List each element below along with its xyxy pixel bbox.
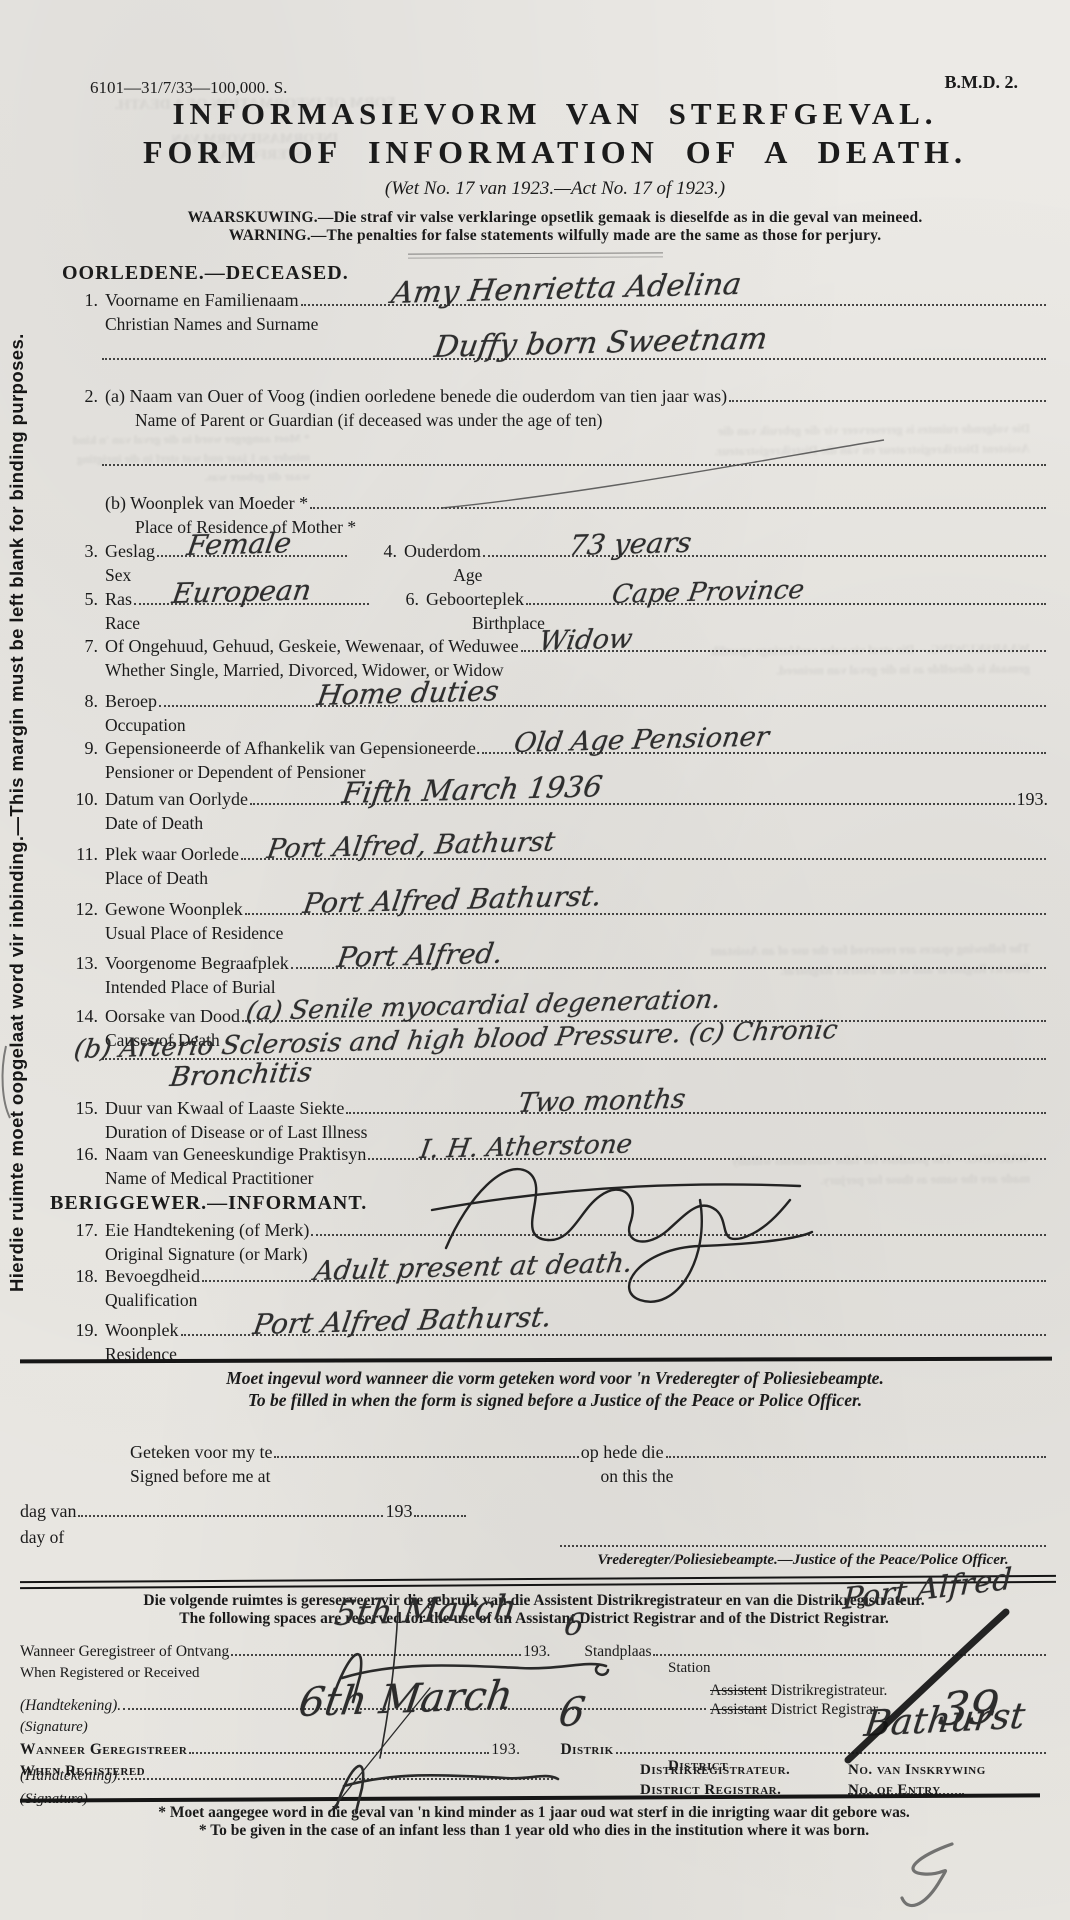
- asst-registrar-label-af: Assistent Distrikregistrateur.: [710, 1682, 887, 1700]
- on-this-label-af: op hede die: [581, 1442, 664, 1463]
- asst-registrar-label-en: Assistant District Registrar.: [710, 1701, 881, 1719]
- field-number: 7.: [62, 636, 105, 657]
- year-stub: 193.: [523, 1643, 550, 1661]
- dotted-line: Duffy born Sweetnam: [102, 340, 1046, 360]
- field-label-af: Oorsake van Dood: [105, 1006, 240, 1027]
- form-title-english: FORM OF INFORMATION OF A DEATH.: [62, 134, 1048, 171]
- field-number: 8.: [62, 691, 105, 712]
- dotted-line: [653, 1638, 1046, 1656]
- dotted-line: [189, 1736, 489, 1754]
- field-label-en: Date of Death: [105, 813, 1048, 834]
- warning-afrikaans: WAARSKUWING.—Die straf vir valse verklar…: [62, 209, 1048, 227]
- dotted-line: Port Alfred.: [291, 949, 1046, 969]
- handwritten-birthplace: Cape Province: [610, 575, 806, 610]
- field-number: 18.: [62, 1266, 105, 1287]
- station-label-af: Standplaas: [584, 1643, 651, 1661]
- jp-note-afrikaans: Moet ingevul word wanneer die vorm getek…: [62, 1368, 1048, 1389]
- field-row-2a-blank: [100, 446, 1048, 466]
- handwritten-residence: Port Alfred Bathurst.: [301, 879, 604, 920]
- divider-mark: [408, 252, 663, 258]
- day-of-label-af: dag van: [20, 1501, 76, 1522]
- signature-label-af: (Handtekening).: [20, 1697, 121, 1715]
- when-registered-received-label-en: When Registered or Received: [20, 1665, 1048, 1682]
- handwritten-cause-b2: Bronchitis: [168, 1057, 314, 1093]
- field-label-af: Geslag: [105, 541, 155, 562]
- field-label-en: Sex: [105, 565, 131, 586]
- field-label-en: Birthplace: [472, 613, 545, 634]
- handwritten-practitioner: I. H. Atherstone: [418, 1129, 634, 1165]
- handwritten-occupation: Home duties: [315, 674, 501, 712]
- field-label-af: Voorname en Familienaam: [105, 290, 299, 311]
- dotted-line: Adult present at death.: [202, 1262, 1046, 1282]
- field-number: 16.: [62, 1144, 105, 1165]
- signed-before-label-af: Geteken voor my te: [130, 1442, 272, 1463]
- year-stub: 193.: [1017, 789, 1049, 810]
- handwritten-informant-residence: Port Alfred Bathurst.: [251, 1300, 554, 1341]
- footnote-english: * To be given in the case of an infant l…: [20, 1822, 1048, 1840]
- field-label-af: Of Ongehuud, Gehuud, Geskeie, Wewenaar, …: [105, 636, 519, 657]
- label-rest: District Registrar.: [767, 1701, 881, 1718]
- dotted-line: [729, 382, 1046, 402]
- handwritten-duration: Two months: [516, 1084, 688, 1119]
- when-registered-label-af: Wanneer Geregistreer: [20, 1741, 187, 1759]
- act-reference: (Wet No. 17 van 1923.—Act No. 17 of 1923…: [62, 178, 1048, 200]
- dotted-line: [123, 1762, 553, 1780]
- field-label-af: Gepensioneerde of Afhankelik van Gepensi…: [105, 738, 480, 759]
- field-label-af: Datum van Oorlyde: [105, 789, 248, 810]
- year-stub: 193: [385, 1501, 412, 1522]
- field-number: 15.: [62, 1098, 105, 1119]
- on-this-label-en: on this the: [600, 1466, 673, 1487]
- signature-label-af: (Handtekening).: [20, 1767, 121, 1785]
- registrar-intro-en: The following spaces are reserved for th…: [20, 1610, 1048, 1628]
- field-number: 4.: [349, 541, 404, 562]
- dotted-line: (a) Senile myocardial degeneration.: [242, 1002, 1046, 1022]
- jp-day-of-row: dag van 193 day of: [20, 1497, 1048, 1548]
- field-label-af: Plek waar Oorlede: [105, 844, 239, 865]
- field-label-af: (b) Woonplek van Moeder *: [105, 493, 308, 514]
- field-number: 3.: [62, 541, 105, 562]
- field-number: 9.: [62, 738, 105, 759]
- field-label-en: Qualification: [105, 1290, 1048, 1311]
- dotted-line: (b) Arterio Sclerosis and high blood Pre…: [102, 1040, 1046, 1060]
- district-label-af: Distrik: [560, 1741, 613, 1759]
- dotted-line: Port Alfred Bathurst.: [181, 1316, 1046, 1336]
- label-rest: Distrikregistrateur.: [767, 1682, 888, 1699]
- field-row-14b: (b) Arterio Sclerosis and high blood Pre…: [100, 1040, 1048, 1060]
- field-number: 19.: [62, 1320, 105, 1341]
- dotted-line: Old Age Pensioner: [482, 734, 1046, 754]
- station-label-en: Station: [668, 1660, 711, 1677]
- dotted-line: European: [134, 585, 369, 605]
- jp-signed-before-row: Geteken voor my te op hede die Signed be…: [62, 1438, 1048, 1487]
- field-number: 10.: [62, 789, 105, 810]
- dotted-line: [274, 1438, 578, 1458]
- when-registered-received-label-af: Wanneer Geregistreer of Ontvang: [20, 1643, 229, 1661]
- field-label-en: Name of Medical Practitioner: [105, 1168, 1048, 1189]
- jp-note-english: To be filled in when the form is signed …: [62, 1390, 1048, 1411]
- field-row-16: 16. Naam van Geneeskundige Praktisyn I. …: [62, 1140, 1048, 1189]
- dotted-line: [102, 446, 1046, 466]
- handwritten-entry-number: 39: [936, 1680, 1003, 1736]
- dotted-line: 73 years: [483, 537, 1046, 557]
- struck-word: Assistent: [710, 1682, 767, 1699]
- dotted-line: [78, 1497, 383, 1517]
- field-number: 11.: [62, 844, 105, 865]
- dotted-line: [414, 1497, 466, 1517]
- dotted-line: Cape Province: [526, 585, 1046, 605]
- field-row-1b: Duffy born Sweetnam: [100, 340, 1048, 360]
- handwritten-place-of-death: Port Alfred, Bathurst: [265, 827, 557, 865]
- officer-signature-line: [560, 1543, 1046, 1547]
- form-code: B.M.D. 2.: [945, 72, 1019, 93]
- jp-sub-labels: Signed before me at on this the: [130, 1466, 1048, 1487]
- dotted-line: I. H. Atherstone: [368, 1140, 1046, 1160]
- handwritten-burial-place: Port Alfred.: [335, 937, 505, 974]
- field-label-af: Ouderdom: [404, 541, 481, 562]
- field-row-18: 18. Bevoegdheid Adult present at death. …: [62, 1262, 1048, 1311]
- death-information-form: FORM OF INFORMATION OF A DEATH. INFORMAS…: [0, 0, 1070, 1920]
- field-number: 1.: [62, 290, 105, 311]
- dotted-line: [666, 1438, 1046, 1458]
- field-number: 6.: [371, 589, 426, 610]
- field-label-en: Usual Place of Residence: [105, 923, 1048, 944]
- year-stub: 193.: [491, 1741, 520, 1759]
- handwritten-marital-status: Widow: [537, 624, 635, 657]
- handwritten-name-line2: Duffy born Sweetnam: [432, 321, 770, 365]
- field-label-af: Beroep: [105, 691, 157, 712]
- dotted-line: Amy Henrietta Adelina: [301, 286, 1046, 306]
- dotted-line: Female: [157, 537, 347, 557]
- field-label-en: Name of Parent or Guardian (if deceased …: [135, 410, 1048, 431]
- pencil-mark: [902, 1844, 952, 1906]
- form-title-afrikaans: INFORMASIEVORM VAN STERFGEVAL.: [62, 96, 1048, 132]
- warning-english: WARNING.—The penalties for false stateme…: [62, 227, 1048, 245]
- field-label-af: Woonplek: [105, 1320, 179, 1341]
- binding-margin-note: Hierdie ruimte moet oopgelaat word vir i…: [6, 372, 28, 1292]
- field-label-af: Duur van Kwaal of Laaste Siekte: [105, 1098, 344, 1119]
- field-label-af: Bevoegdheid: [105, 1266, 200, 1287]
- footnote-afrikaans: * Moet aangegee word in die geval van 'n…: [20, 1804, 1048, 1822]
- field-label-af: Naam van Geneeskundige Praktisyn: [105, 1144, 366, 1165]
- handwritten-pensioner: Old Age Pensioner: [512, 721, 771, 759]
- field-label-en: Age: [453, 565, 482, 586]
- dotted-line: Two months: [346, 1094, 1046, 1114]
- field-row-2a: 2. (a) Naam van Ouer of Voog (indien oor…: [62, 382, 1048, 431]
- dotted-line: [231, 1638, 521, 1656]
- dotted-line: [311, 1216, 1046, 1236]
- field-label-af: Gewone Woonplek: [105, 899, 243, 920]
- registrar-row-received: Wanneer Geregistreer of Ontvang 193. Sta…: [20, 1638, 1048, 1682]
- field-row-7: 7. Of Ongehuud, Gehuud, Geskeie, Wewenaa…: [62, 632, 1048, 681]
- dotted-line: [310, 489, 1046, 509]
- signed-before-label-en: Signed before me at: [130, 1466, 270, 1487]
- handwritten-race: European: [170, 573, 313, 610]
- section-heading-informant: BERIGGEWER.—INFORMANT.: [50, 1192, 1048, 1215]
- handwritten-registered-date: 6th March: [296, 1673, 516, 1726]
- field-row-12: 12. Gewone Woonplek Port Alfred Bathurst…: [62, 895, 1048, 944]
- field-number: 5.: [62, 589, 105, 610]
- handwritten-age: 73 years: [567, 526, 694, 562]
- dotted-line: Widow: [521, 632, 1046, 652]
- field-number: 2.: [62, 386, 105, 407]
- field-number: 17.: [62, 1220, 105, 1241]
- handwritten-sex: Female: [185, 526, 294, 562]
- dotted-line: Port Alfred Bathurst.: [245, 895, 1046, 915]
- handwritten-received-date: 5th March: [332, 1588, 519, 1634]
- field-label-af: Eie Handtekening (of Merk): [105, 1220, 309, 1241]
- dotted-line: Fifth March 1936: [250, 785, 1015, 805]
- struck-word: Assistant: [710, 1701, 767, 1718]
- field-label-af: Voorgenome Begraafplek: [105, 953, 289, 974]
- field-label-af: Geboorteplek: [426, 589, 524, 610]
- entry-no-text: No. van Inskrywing: [848, 1762, 986, 1778]
- handwritten-date-of-death: Fifth March 1936: [340, 769, 605, 810]
- field-label-af: (a) Naam van Ouer of Voog (indien oorled…: [105, 386, 727, 407]
- field-label-en: Whether Single, Married, Divorced, Widow…: [105, 660, 1048, 681]
- field-label-af: Ras: [105, 589, 132, 610]
- field-number: 14.: [62, 1006, 105, 1027]
- form-serial-number: 6101—31/7/33—100,000. S.: [90, 78, 287, 98]
- field-label-en: Race: [105, 613, 140, 634]
- registrar-label-af: Distrikregistrateur.: [640, 1762, 790, 1779]
- field-number: 12.: [62, 899, 105, 920]
- field-number: 13.: [62, 953, 105, 974]
- dotted-line: Home duties: [159, 687, 1046, 707]
- dotted-line: Port Alfred, Bathurst: [241, 840, 1046, 860]
